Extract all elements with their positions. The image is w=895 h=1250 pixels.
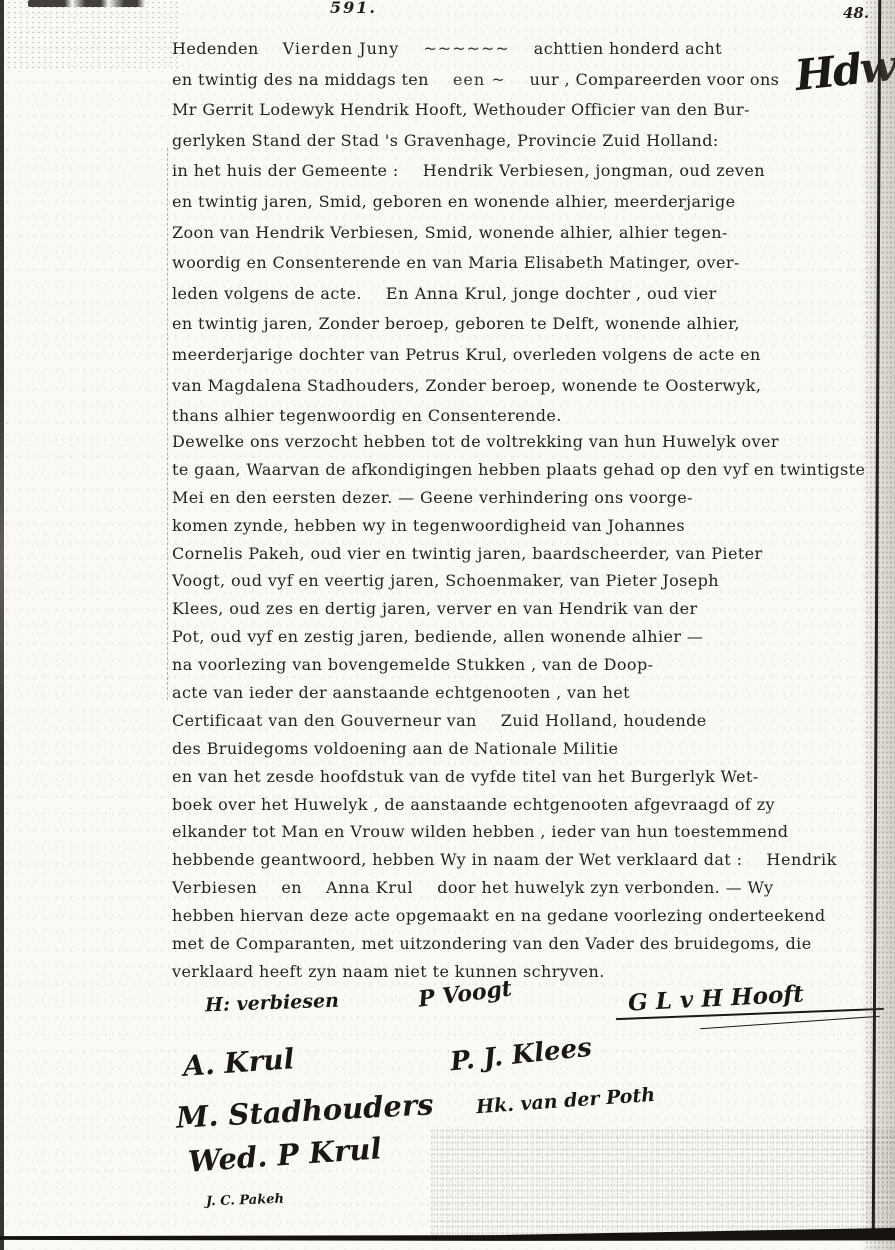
text-line: elkander tot Man en Vrouw wilden hebben … [172,818,878,846]
text-line: hebbende geantwoord, hebben Wy in naam d… [172,846,878,874]
text-segment: achttien honderd acht [534,39,722,58]
text-segment: Certificaat van den Gouverneur van [172,711,477,730]
text-segment: acte van ieder der aanstaande echtgenoot… [172,683,630,702]
text-segment: in het huis der Gemeente : [172,161,399,180]
text-segment: komen zynde, hebben wy in tegenwoordighe… [172,516,685,535]
text-segment: te gaan, Waarvan de afkondigingen hebben… [172,460,865,479]
text-line: des Bruidegoms voldoening aan de Nationa… [172,735,878,763]
signature: P. J. Klees [449,1033,593,1078]
text-segment: Hedenden [172,39,259,58]
act-text-block-upper: HedendenVierden Juny~~~~~~achttien honde… [172,34,878,432]
act-text-block-lower: Dewelke ons verzocht hebben tot de voltr… [172,428,878,986]
text-segment: ~~~~~~ [423,39,509,58]
text-line: acte van ieder der aanstaande echtgenoot… [172,679,878,707]
text-line: na voorlezing van bovengemelde Stukken ,… [172,651,878,679]
text-segment: verklaard heeft zyn naam niet te kunnen … [172,962,605,981]
text-line: Dewelke ons verzocht hebben tot de voltr… [172,428,878,456]
text-segment: en van het zesde hoofdstuk van de vyfde … [172,767,759,786]
text-segment: en twintig des na middags ten [172,70,429,89]
signature: H: verbiesen [205,990,340,1017]
text-line: hebben hiervan deze acte opgemaakt en na… [172,902,878,930]
text-segment: Verbiesen [172,878,257,897]
text-line: Certificaat van den Gouverneur vanZuid H… [172,707,878,735]
text-segment: Klees, oud zes en dertig jaren, verver e… [172,599,698,618]
text-segment: Zuid Holland [501,711,613,730]
scan-noise-bottom-right [430,1128,895,1236]
text-line: HedendenVierden Juny~~~~~~achttien honde… [172,34,878,65]
signature: J. C. Pakeh [206,1192,284,1210]
text-line: en twintig jaren, Zonder beroep, geboren… [172,309,878,340]
text-segment: Pot, oud vyf en zestig jaren, bediende, … [172,627,703,646]
text-segment: en twintig jaren, Zonder beroep, geboren… [172,314,740,333]
text-line: Zoon van Hendrik Verbiesen, Smid, wonend… [172,218,878,249]
text-segment: Voogt, oud vyf en veertig jaren, Schoenm… [172,571,719,590]
text-line: woordig en Consenterende en van Maria El… [172,248,878,279]
text-segment: des Bruidegoms voldoening aan de Nationa… [172,739,618,758]
text-segment: hebbende geantwoord, hebben Wy in naam d… [172,850,742,869]
text-line: VerbiesenenAnna Kruldoor het huwelyk zyn… [172,874,878,902]
text-line: met de Comparanten, met uitzondering van… [172,930,878,958]
scan-smudge-top-left [28,0,158,7]
text-line: Voogt, oud vyf en veertig jaren, Schoenm… [172,567,878,595]
scanned-document-page: 591. 48. Hdw HedendenVierden Juny~~~~~~a… [0,0,895,1250]
text-segment: door het huwelyk zyn verbonden. — Wy [437,878,773,897]
text-line: Mr Gerrit Lodewyk Hendrik Hooft, Wethoud… [172,95,878,126]
text-segment: van Magdalena Stadhouders, Zonder beroep… [172,376,761,395]
text-line: Cornelis Pakeh, oud vier en twintig jare… [172,540,878,568]
text-line: Pot, oud vyf en zestig jaren, bediende, … [172,623,878,651]
text-line: en van het zesde hoofdstuk van de vyfde … [172,763,878,791]
text-segment: leden volgens de acte. [172,284,362,303]
scan-noise-top-left [0,0,180,70]
text-line: te gaan, Waarvan de afkondigingen hebben… [172,456,878,484]
text-segment: Hendrik [766,850,837,869]
scan-edge-left [0,0,4,1250]
text-segment: met de Comparanten, met uitzondering van… [172,934,812,953]
folio-number: 591. [330,0,377,16]
text-segment: Vierden Juny [283,39,400,58]
text-segment: thans alhier tegenwoordig en Consenteren… [172,406,562,425]
text-line: in het huis der Gemeente :Hendrik Verbie… [172,156,878,187]
signature: Hk. van der Poth [475,1084,655,1118]
text-segment: woordig en Consenterende en van Maria El… [172,253,740,272]
text-line: Klees, oud zes en dertig jaren, verver e… [172,595,878,623]
text-line: boek over het Huwelyk , de aanstaande ec… [172,791,878,819]
text-segment: gerlyken Stand der Stad 's Gravenhage, P… [172,131,719,150]
text-line: en twintig jaren, Smid, geboren en wonen… [172,187,878,218]
text-segment: Mr Gerrit Lodewyk Hendrik Hooft, Wethoud… [172,100,750,119]
text-segment: uur , Compareerden voor ons [530,70,780,89]
text-segment: meerderjarige dochter van Petrus Krul, o… [172,345,761,364]
signature: A. Krul [182,1042,295,1083]
text-segment: , jongman, oud zeven [584,161,764,180]
text-segment: Anna Krul [326,878,413,897]
text-segment: Mei en den eersten dezer. — Geene verhin… [172,488,693,507]
text-segment: Dewelke ons verzocht hebben tot de voltr… [172,432,779,451]
text-segment: , jonge dochter , oud vier [502,284,717,303]
text-segment: elkander tot Man en Vrouw wilden hebben … [172,822,788,841]
text-segment: Cornelis Pakeh, oud vier en twintig jare… [172,544,763,563]
signature: M. Stadhouders [175,1087,434,1134]
signature-flourish-line-2 [700,1016,880,1030]
text-segment: Zoon van Hendrik Verbiesen, Smid, wonend… [172,223,728,242]
text-segment: boek over het Huwelyk , de aanstaande ec… [172,795,775,814]
text-line: gerlyken Stand der Stad 's Gravenhage, P… [172,126,878,157]
margin-fold-line [167,148,168,700]
text-segment: een ~ [453,70,506,89]
text-line: leden volgens de acte.En Anna Krul, jong… [172,279,878,310]
text-segment: en twintig jaren, Smid, geboren en wonen… [172,192,736,211]
text-segment: na voorlezing van bovengemelde Stukken ,… [172,655,653,674]
text-segment: Hendrik Verbiesen [423,161,585,180]
text-line: komen zynde, hebben wy in tegenwoordighe… [172,512,878,540]
signature: Wed. P Krul [187,1131,383,1178]
text-line: meerderjarige dochter van Petrus Krul, o… [172,340,878,371]
text-segment: en [281,878,302,897]
text-line: Mei en den eersten dezer. — Geene verhin… [172,484,878,512]
text-line: van Magdalena Stadhouders, Zonder beroep… [172,371,878,402]
text-segment: hebben hiervan deze acte opgemaakt en na… [172,906,826,925]
text-segment: En Anna Krul [386,284,502,303]
text-line: en twintig des na middags teneen ~uur , … [172,65,878,96]
text-segment: , houdende [613,711,707,730]
